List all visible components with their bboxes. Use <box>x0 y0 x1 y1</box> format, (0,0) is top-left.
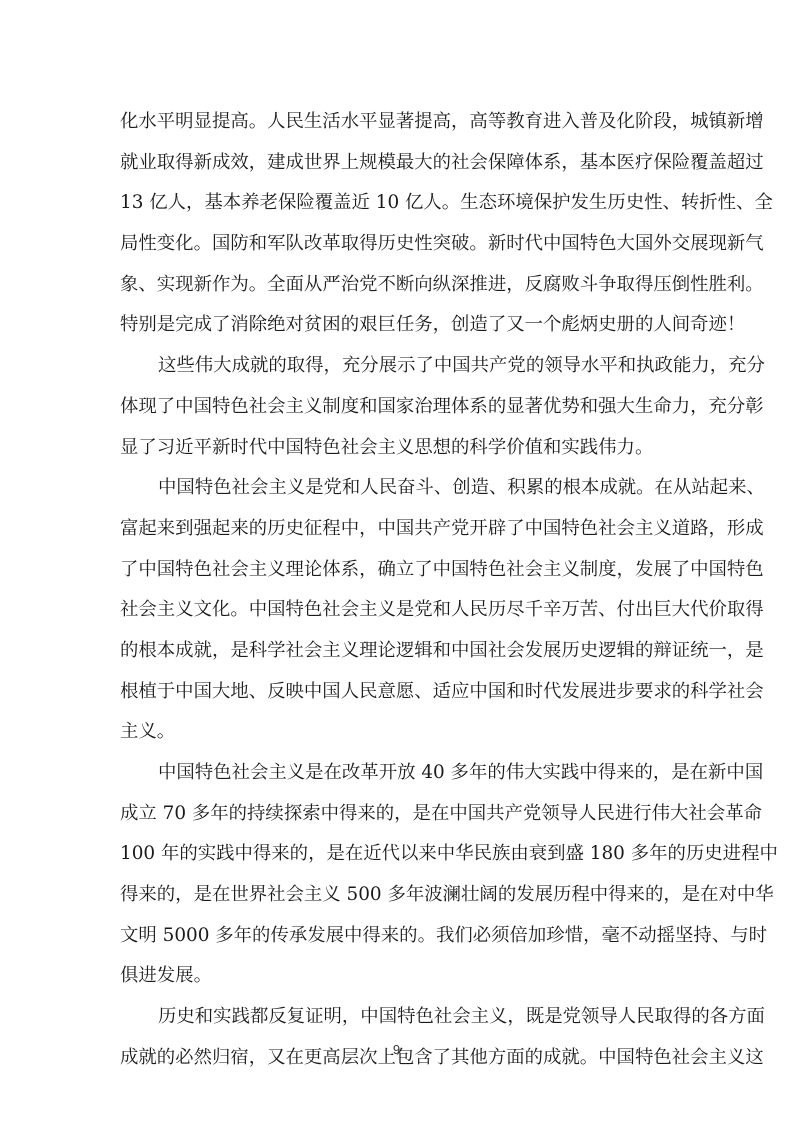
text-line: 了中国特色社会主义理论体系，确立了中国特色社会主义制度，发展了中国特色 <box>120 550 673 591</box>
text-line: 主义。 <box>120 712 673 753</box>
text-line: 显了习近平新时代中国特色社会主义思想的科学价值和实践伟力。 <box>120 428 673 469</box>
paragraph: 这些伟大成就的取得，充分展示了中国共产党的领导水平和执政能力，充分 体现了中国特… <box>120 346 673 468</box>
text-line: 得来的，是在世界社会主义 500 多年波澜壮阔的发展历程中得来的，是在对中华 <box>120 875 673 916</box>
text-line: 富起来到强起来的历史征程中，中国共产党开辟了中国特色社会主义道路，形成 <box>120 509 673 550</box>
text-line: 成立 70 多年的持续探索中得来的，是在中国共产党领导人民进行伟大社会革命 <box>120 794 673 835</box>
text-line: 100 年的实践中得来的，是在近代以来中华民族由衰到盛 180 多年的历史进程中 <box>120 834 673 875</box>
text-line: 文明 5000 多年的传承发展中得来的。我们必须倍加珍惜，毫不动摇坚持、与时 <box>120 916 673 957</box>
text-line: 体现了中国特色社会主义制度和国家治理体系的显著优势和强大生命力，充分彰 <box>120 387 673 428</box>
text-line: 局性变化。国防和军队改革取得历史性突破。新时代中国特色大国外交展现新气 <box>120 224 673 265</box>
text-line: 社会主义文化。中国特色社会主义是党和人民历尽千辛万苦、付出巨大代价取得 <box>120 590 673 631</box>
text-line: 根植于中国大地、反映中国人民意愿、适应中国和时代发展进步要求的科学社会 <box>120 672 673 713</box>
paragraph: 历史和实践都反复证明，中国特色社会主义，既是党领导人民取得的各方面 成就的必然归… <box>120 997 673 1078</box>
body-text: 化水平明显提高。人民生活水平显著提高，高等教育进入普及化阶段，城镇新增 就业取得… <box>120 102 673 1079</box>
text-line: 俱进发展。 <box>120 956 673 997</box>
text-line: 化水平明显提高。人民生活水平显著提高，高等教育进入普及化阶段，城镇新增 <box>120 102 673 143</box>
text-line: 中国特色社会主义是在改革开放 40 多年的伟大实践中得来的，是在新中国 <box>120 753 673 794</box>
text-line: 象、实现新作为。全面从严治党不断向纵深推进，反腐败斗争取得压倒性胜利。 <box>120 265 673 306</box>
paragraph: 中国特色社会主义是在改革开放 40 多年的伟大实践中得来的，是在新中国 成立 7… <box>120 753 673 997</box>
text-line: 的根本成就，是科学社会主义理论逻辑和中国社会发展历史逻辑的辩证统一，是 <box>120 631 673 672</box>
document-page: 化水平明显提高。人民生活水平显著提高，高等教育进入普及化阶段，城镇新增 就业取得… <box>0 0 793 1122</box>
text-line: 特别是完成了消除绝对贫困的艰巨任务，创造了又一个彪炳史册的人间奇迹！ <box>120 305 673 346</box>
page-number: 9 <box>0 1042 793 1057</box>
paragraph: 中国特色社会主义是党和人民奋斗、创造、积累的根本成就。在从站起来、 富起来到强起… <box>120 468 673 753</box>
text-line: 13 亿人，基本养老保险覆盖近 10 亿人。生态环境保护发生历史性、转折性、全 <box>120 183 673 224</box>
text-line: 这些伟大成就的取得，充分展示了中国共产党的领导水平和执政能力，充分 <box>120 346 673 387</box>
paragraph: 化水平明显提高。人民生活水平显著提高，高等教育进入普及化阶段，城镇新增 就业取得… <box>120 102 673 346</box>
text-line: 就业取得新成效，建成世界上规模最大的社会保障体系，基本医疗保险覆盖超过 <box>120 143 673 184</box>
text-line: 历史和实践都反复证明，中国特色社会主义，既是党领导人民取得的各方面 <box>120 997 673 1038</box>
text-line: 中国特色社会主义是党和人民奋斗、创造、积累的根本成就。在从站起来、 <box>120 468 673 509</box>
